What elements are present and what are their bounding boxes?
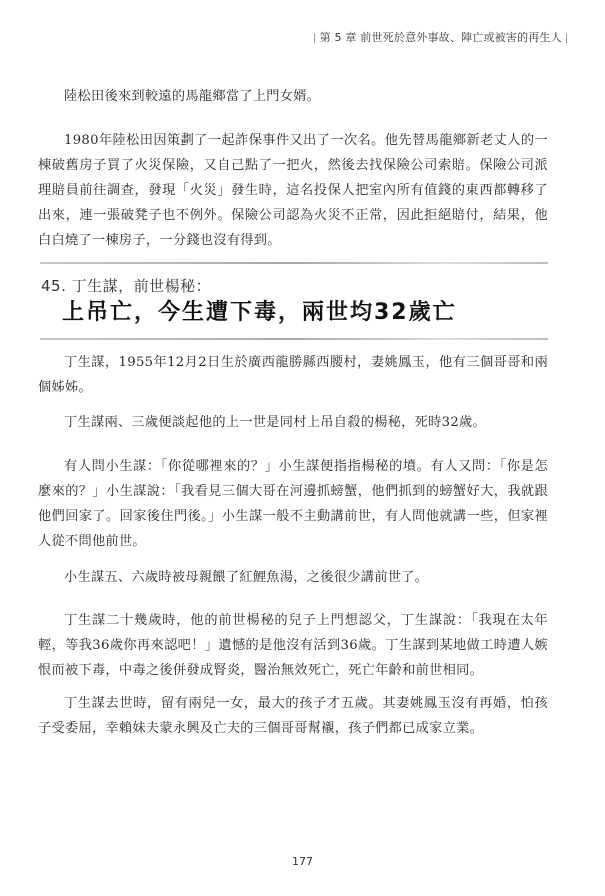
paragraph-insurance-fraud: 1980年陸松田因策劃了一起詐保事件又出了一次名。他先替馬龍鄉新老丈人的一棟破舊… [38,128,548,253]
page-number: 177 [0,855,605,868]
paragraph-birth: 丁生謀，1955年12月2日生於廣西龍勝縣西腰村，妻姚鳳玉，他有三個哥哥和兩個姊… [38,350,548,400]
section-rule-top [40,262,548,264]
paragraph-fish-soup: 小生謀五、六歲時被母親餵了紅鯉魚湯，之後很少講前世了。 [38,565,548,590]
running-header: |第 5 章 前世死於意外事故、陣亡或被害的再生人| [310,29,550,45]
section-heading-number: 45. 丁生謀，前世楊秘： [41,275,211,296]
paragraph-past-life: 丁生謀兩、三歲便談起他的上一世是同村上吊自殺的楊秘，死時32歲。 [38,410,548,435]
paragraph-family: 丁生謀去世時，留有兩兒一女，最大的孩子才五歲。其妻姚鳳玉沒有再婚，怕孩子受委屈，… [38,691,548,741]
paragraph-poisoning: 丁生謀二十幾歲時，他的前世楊秘的兒子上門想認父，丁生謀說：「我現在太年輕，等我3… [38,608,548,683]
paragraph-questions: 有人問小生謀：「你從哪裡來的？」小生謀便指指楊秘的墳。有人又問：「你是怎麼來的？… [38,454,548,554]
chapter-title: 第 5 章 前世死於意外事故、陣亡或被害的再生人 [320,31,562,44]
header-divider-right: | [562,33,572,44]
section-heading-title: 上吊亡，今生遭下毒，兩世均32歲亡 [62,295,457,326]
paragraph-intro: 陸松田後來到較遠的馬龍鄉當了上門女婿。 [38,84,548,109]
header-divider-left: | [310,33,320,44]
section-rule-bottom [40,338,548,340]
